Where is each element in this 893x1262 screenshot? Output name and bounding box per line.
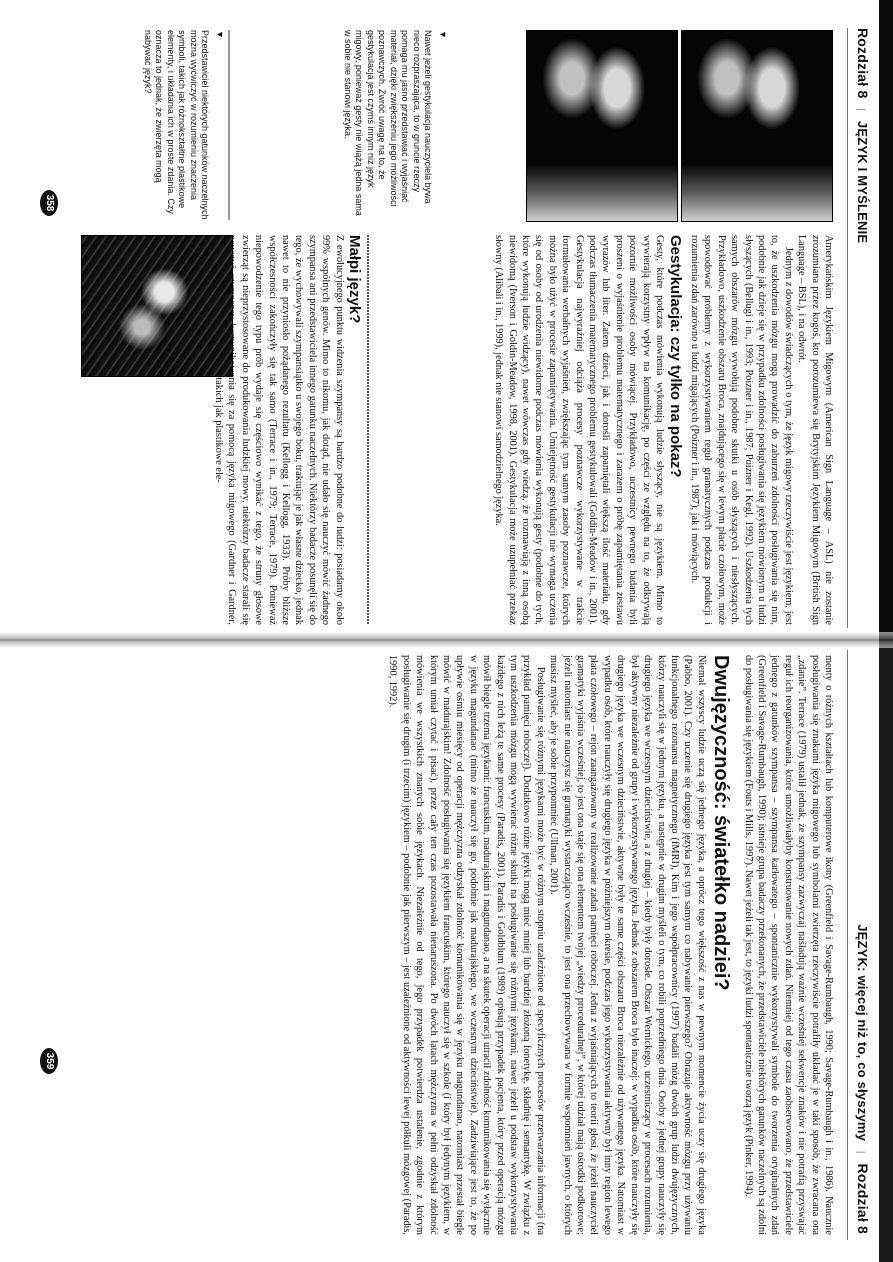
left-head-rule [847, 28, 848, 628]
top-dark-bar [879, 0, 893, 1262]
right-head-rule [847, 650, 848, 1240]
left-main-column-top: Amerykańskim Językiem Migowym (American … [492, 235, 835, 625]
right-body-bilingual-1: Niemal wszyscy ludzie uczą się jednego j… [547, 655, 708, 1235]
sidebar-gestures-text: Nawet jeżeli gestykulacja nauczyciela by… [343, 30, 434, 216]
sidebar-ape-text: Przedstawiciel niektórych gatunków nacze… [143, 30, 211, 220]
section-divider [367, 235, 369, 625]
sidebar-gestures-caption: ▼ Nawet jeżeli gestykulacja nauczyciela … [342, 30, 449, 220]
photo-teacher-gesturing [526, 30, 678, 222]
book-spread: Rozdział 8 | JĘZYK I MYŚLENIE JĘZYK: wię… [0, 0, 893, 1262]
triangle-marker-icon: ▼ [437, 30, 449, 220]
left-head-separator: | [855, 108, 866, 111]
right-running-head: JĘZYK: więcej niż to, co słyszymy | Rozd… [855, 924, 871, 1234]
left-running-head: Rozdział 8 | JĘZYK I MYŚLENIE [855, 28, 871, 243]
heading-bilingualism: Dwujęzyczność: światełko nadziei? [714, 655, 727, 1235]
photo-chimpanzee-symbols [81, 235, 233, 377]
sidebar-ape-caption: ▼ Przedstawiciel niektórych gatunków nac… [142, 30, 234, 220]
heading-gestures: Gestykulacja: czy tylko na pokaz? [668, 235, 681, 625]
left-chapter-title: JĘZYK I MYŚLENIE [855, 121, 870, 243]
left-body-intro: Amerykańskim Językiem Migowym (American … [795, 235, 835, 625]
right-chapter-label: Rozdział 8 [855, 1164, 871, 1234]
left-chapter-label: Rozdział 8 [855, 28, 871, 98]
right-head-separator: | [855, 1151, 866, 1154]
heading-ape-language: Małpi język? [348, 235, 361, 625]
sidebar-rule [228, 30, 230, 220]
page-number-left: 358 [40, 190, 58, 216]
left-body-sign-language: Jednym z dowodów świadczących o tym, że … [688, 235, 795, 625]
right-body-bilingual-2: Posługiwanie się różnymi językami może b… [386, 655, 547, 1235]
right-main-column: menty o różnych kształtach lub komputero… [386, 655, 835, 1235]
left-body-gestures: Gesty, które podczas mówienia wykonują l… [492, 235, 666, 625]
right-section-title: JĘZYK: więcej niż to, co słyszymy [855, 924, 870, 1141]
book-gutter-shadow [0, 632, 893, 648]
photo-person-gesturing [681, 30, 833, 222]
page-number-right: 359 [40, 1048, 58, 1074]
left-main-column-ape: Małpi język? Z ewolucyjnego punktu widze… [212, 235, 373, 625]
right-body-intro: menty o różnych kształtach lub komputero… [741, 655, 835, 1235]
triangle-marker-icon: ▼ [214, 30, 226, 220]
